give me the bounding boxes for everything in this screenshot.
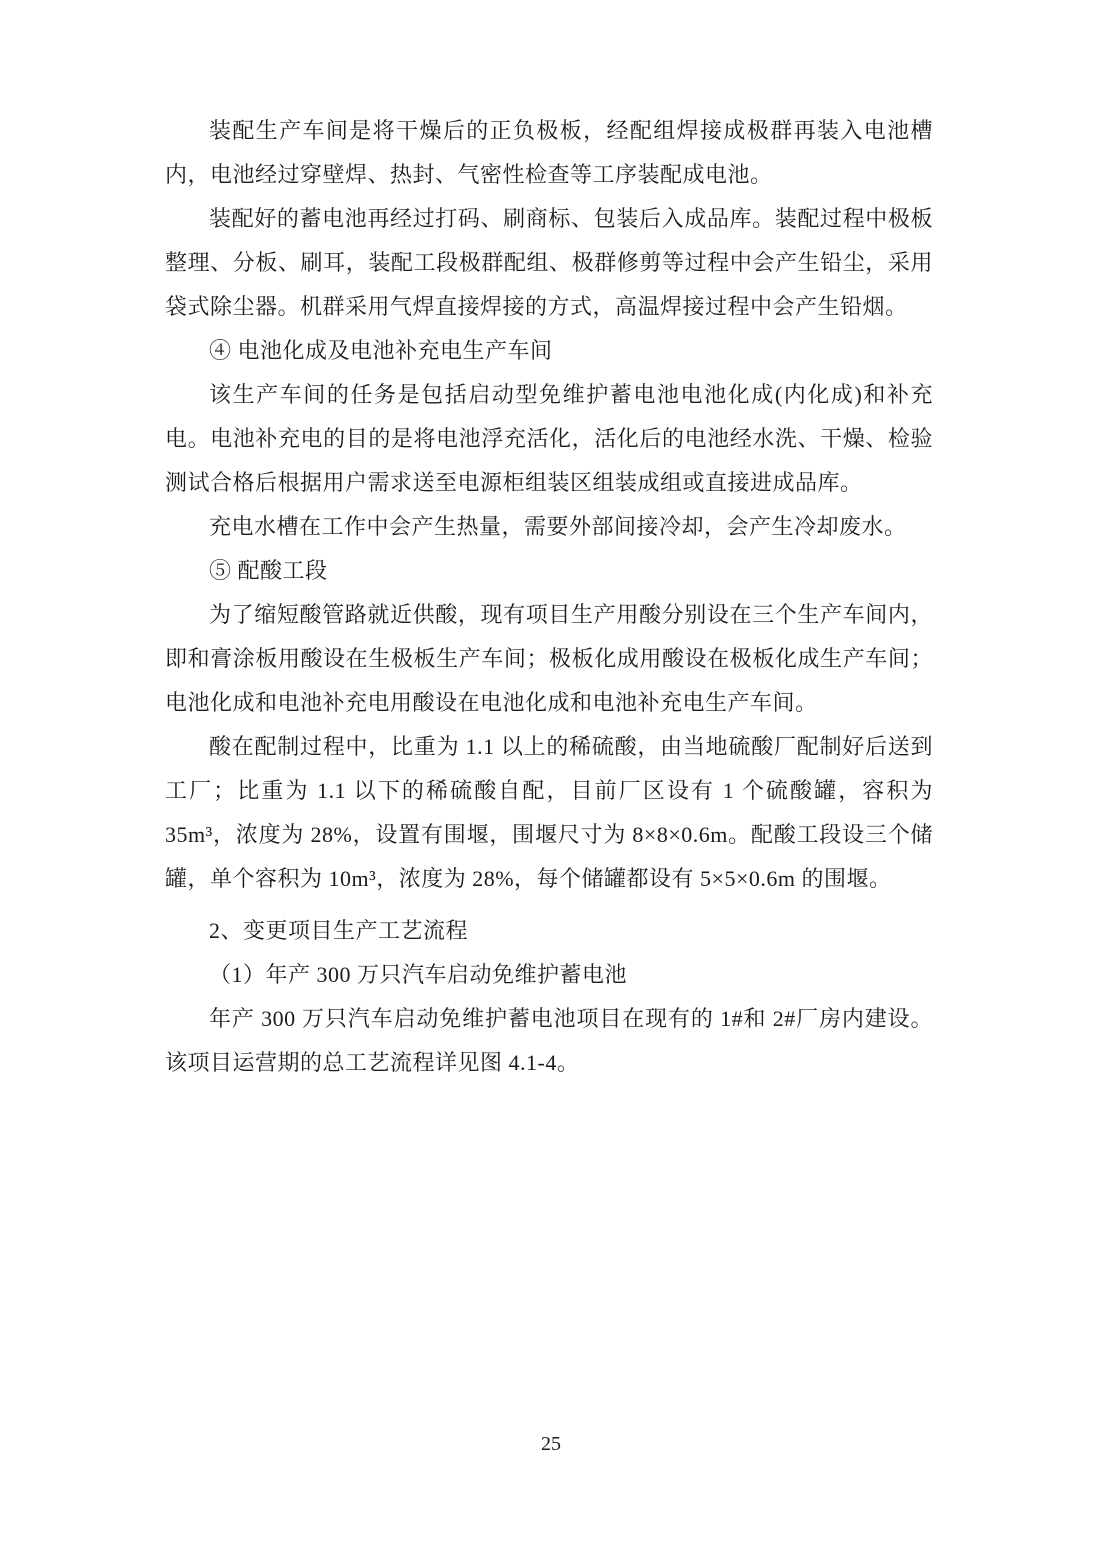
paragraph: 为了缩短酸管路就近供酸，现有项目生产用酸分别设在三个生产车间内，即和膏涂板用酸设…: [165, 593, 933, 725]
section-heading: 2、变更项目生产工艺流程: [165, 909, 933, 953]
page-number: 25: [541, 1433, 561, 1455]
paragraph: 装配生产车间是将干燥后的正负极板，经配组焊接成极群再装入电池槽内，电池经过穿壁焊…: [165, 109, 933, 197]
paragraph: 酸在配制过程中，比重为 1.1 以上的稀硫酸，由当地硫酸厂配制好后送到工厂；比重…: [165, 725, 933, 901]
paragraph: 装配好的蓄电池再经过打码、刷商标、包装后入成品库。装配过程中极板整理、分板、刷耳…: [165, 197, 933, 329]
paragraph: 年产 300 万只汽车启动免维护蓄电池项目在现有的 1#和 2#厂房内建设。该项…: [165, 997, 933, 1085]
paragraph: 充电水槽在工作中会产生热量，需要外部间接冷却，会产生冷却废水。: [165, 505, 933, 549]
document-body: 装配生产车间是将干燥后的正负极板，经配组焊接成极群再装入电池槽内，电池经过穿壁焊…: [165, 109, 933, 1085]
section-heading: ⑤ 配酸工段: [165, 549, 933, 593]
document-page: 装配生产车间是将干燥后的正负极板，经配组焊接成极群再装入电池槽内，电池经过穿壁焊…: [0, 0, 1102, 1559]
paragraph: 该生产车间的任务是包括启动型免维护蓄电池电池化成(内化成)和补充电。电池补充电的…: [165, 373, 933, 505]
page-footer: 25: [0, 1430, 1102, 1458]
section-heading: ④ 电池化成及电池补充电生产车间: [165, 329, 933, 373]
section-heading: （1）年产 300 万只汽车启动免维护蓄电池: [165, 953, 933, 997]
